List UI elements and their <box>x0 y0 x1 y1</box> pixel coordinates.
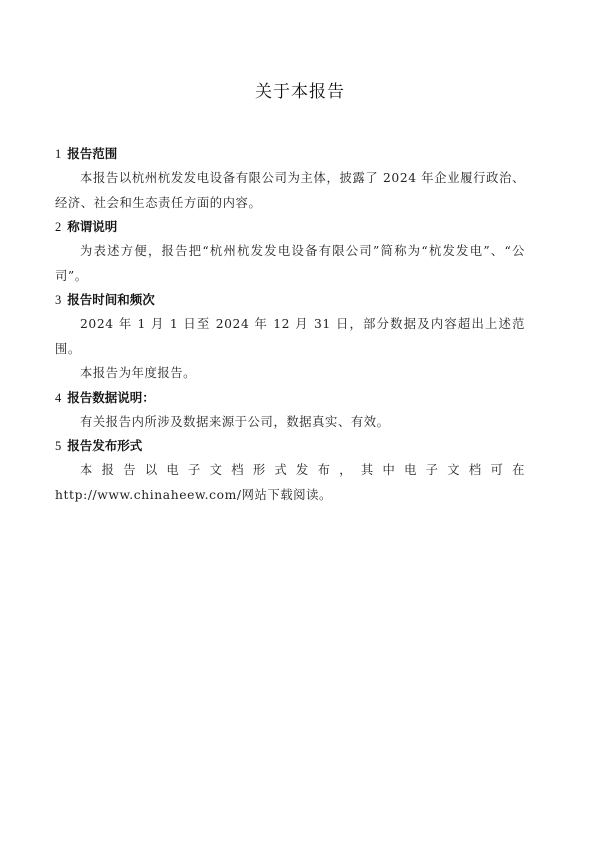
section-number: 2 <box>55 220 61 234</box>
section-title: 报告数据说明： <box>67 390 155 405</box>
paragraph: 为表述方便，报告把“杭州杭发发电设备有限公司”简称为“杭发发电”、“公司”。 <box>55 239 525 288</box>
section-number: 3 <box>55 293 61 307</box>
section-terminology: 2称谓说明 为表述方便，报告把“杭州杭发发电设备有限公司”简称为“杭发发电”、“… <box>55 215 525 288</box>
section-report-period: 3报告时间和频次 2024 年 1 月 1 日至 2024 年 12 月 31 … <box>55 288 525 386</box>
paragraph: 2024 年 1 月 1 日至 2024 年 12 月 31 日，部分数据及内容… <box>55 312 525 361</box>
page-title: 关于本报告 <box>0 77 600 102</box>
section-number: 5 <box>55 439 61 453</box>
section-heading: 5报告发布形式 <box>55 434 525 458</box>
section-title: 报告发布形式 <box>67 438 142 453</box>
section-publication-format: 5报告发布形式 本报告以电子文档形式发布，其中电子文档可在 http://www… <box>55 434 525 507</box>
paragraph: 有关报告内所涉及数据来源于公司，数据真实、有效。 <box>55 410 525 435</box>
section-number: 4 <box>55 391 61 405</box>
section-title: 报告范围 <box>67 146 117 161</box>
section-heading: 2称谓说明 <box>55 215 525 239</box>
section-heading: 3报告时间和频次 <box>55 288 525 312</box>
section-number: 1 <box>55 147 61 161</box>
section-report-scope: 1报告范围 本报告以杭州杭发发电设备有限公司为主体，披露了 2024 年企业履行… <box>55 142 525 215</box>
section-title: 报告时间和频次 <box>67 292 155 307</box>
document-page: 关于本报告 1报告范围 本报告以杭州杭发发电设备有限公司为主体，披露了 2024… <box>0 0 600 854</box>
report-content: 1报告范围 本报告以杭州杭发发电设备有限公司为主体，披露了 2024 年企业履行… <box>55 142 525 507</box>
paragraph: 本报告以电子文档形式发布，其中电子文档可在 http://www.chinahe… <box>55 458 525 507</box>
section-title: 称谓说明 <box>67 219 117 234</box>
section-heading: 4报告数据说明： <box>55 386 525 410</box>
paragraph: 本报告以杭州杭发发电设备有限公司为主体，披露了 2024 年企业履行政治、经济、… <box>55 166 525 215</box>
section-heading: 1报告范围 <box>55 142 525 166</box>
section-data-notes: 4报告数据说明： 有关报告内所涉及数据来源于公司，数据真实、有效。 <box>55 386 525 435</box>
paragraph: 本报告为年度报告。 <box>55 361 525 386</box>
